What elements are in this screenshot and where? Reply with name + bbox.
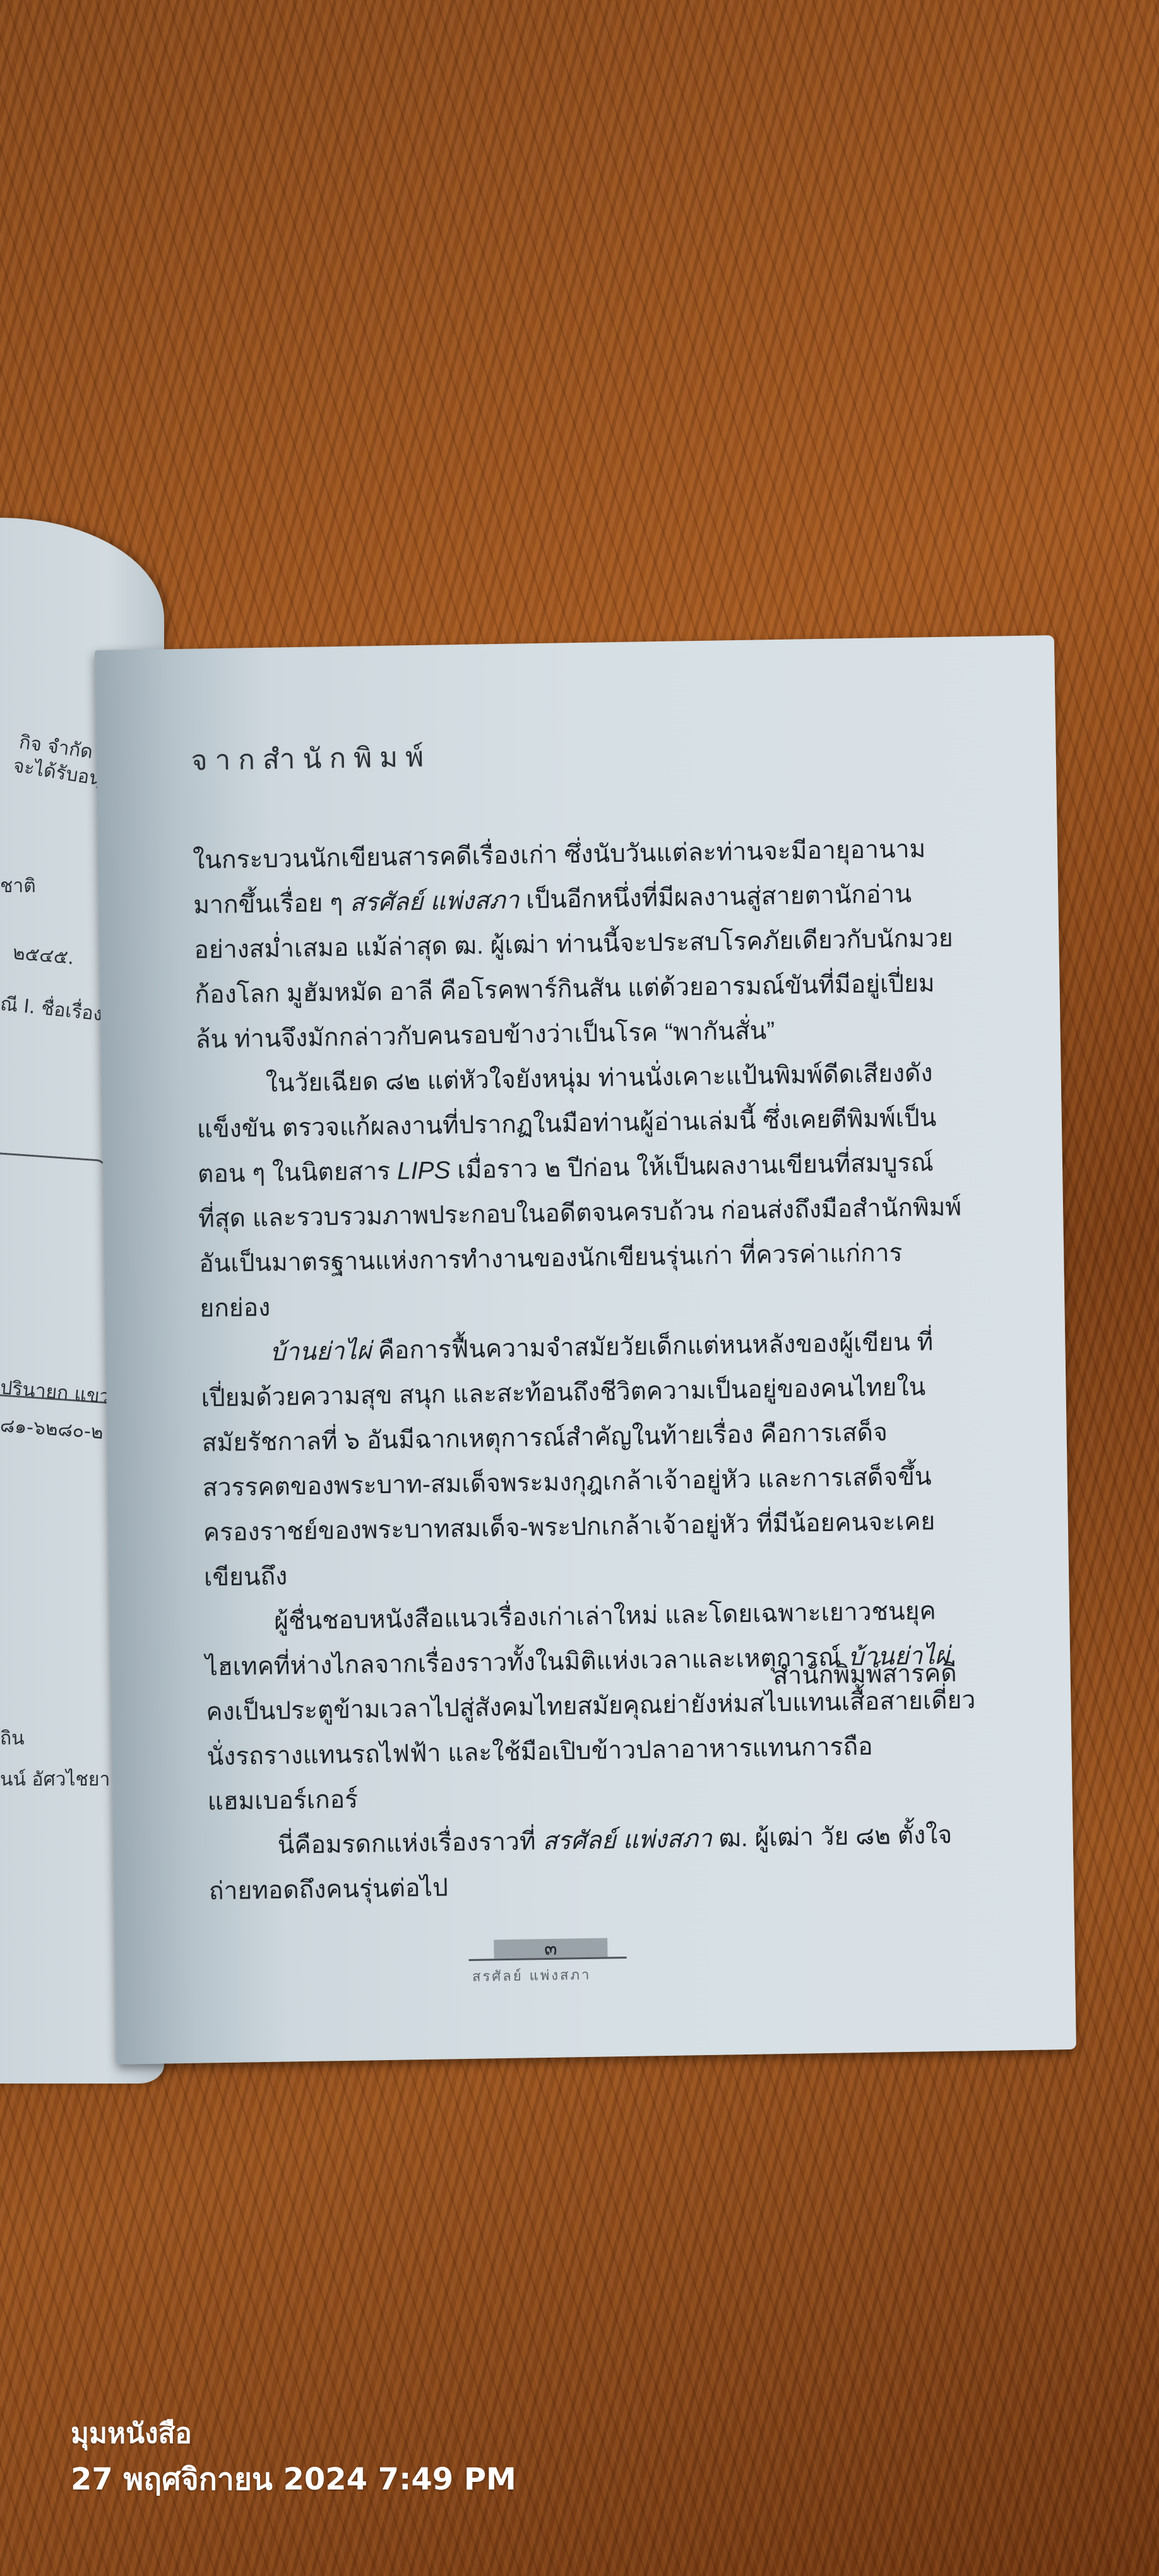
publisher-signature: สำนักพิมพ์สารคดี — [773, 1654, 957, 1696]
photo-watermark: มุมหนังสือ 27 พฤศจิกายน 2024 7:49 PM — [71, 2412, 516, 2503]
watermark-datetime: 27 พฤศจิกายน 2024 7:49 PM — [71, 2456, 516, 2503]
footer-author: สรศัลย์ แพ่งสภา — [472, 1964, 591, 1988]
book-title: บ้านย่าไผ่ — [270, 1337, 371, 1366]
left-page-fragment: ถิน — [0, 1724, 25, 1753]
body-text: ในกระบวนนักเขียนสารคดีเรื่องเก่า ซึ่งนับ… — [193, 826, 980, 1914]
left-page-fragment: นน์ อัศวไชยา — [0, 1765, 110, 1794]
magazine-name: LIPS — [397, 1157, 451, 1184]
left-page-fragment: ๘๑-๖๒๘๐-๒ — [0, 1410, 104, 1447]
catalog-box-outline — [0, 1150, 116, 1404]
left-page-fragment: ๒๕๔๕. — [11, 938, 75, 973]
watermark-name: มุมหนังสือ — [71, 2412, 516, 2456]
left-page-fragment: ณี I. ชื่อเรื่อง — [0, 989, 104, 1030]
left-page-fragment: ชาติ — [0, 871, 36, 901]
paragraph-4: ผู้ชื่นชอบหนังสือแนวเรื่องเก่าเล่าใหม่ แ… — [205, 1588, 978, 1824]
page-number: ๓ — [494, 1938, 607, 1959]
paragraph-3: บ้านย่าไผ่ คือการฟื้นความจำสมัยวัยเด็กแต… — [200, 1319, 975, 1600]
paragraph-5: นี่คือมรดกแห่งเรื่องราวที่ สรศัลย์ แพ่งส… — [208, 1812, 979, 1914]
author-name: สรศัลย์ แพ่งสภา — [350, 886, 520, 916]
paragraph-2: ในวัยเฉียด ๘๒ แต่หัวใจยังหนุ่ม ท่านนั่งเ… — [196, 1050, 970, 1331]
paragraph-1: ในกระบวนนักเขียนสารคดีเรื่องเก่า ซึ่งนับ… — [193, 826, 966, 1062]
right-book-page: จากสำนักพิมพ์ ในกระบวนนักเขียนสารคดีเรื่… — [95, 635, 1076, 2065]
page-title: จากสำนักพิมพ์ — [191, 735, 431, 783]
author-name: สรศัลย์ แพ่งสภา — [542, 1825, 712, 1855]
